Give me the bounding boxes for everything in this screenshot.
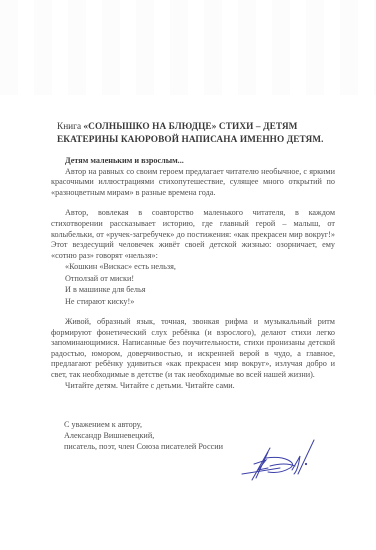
poem-line: И в машинке для белья xyxy=(65,284,335,295)
poem-quote: «Кошкин «Вискас» есть нельзя, Отползай о… xyxy=(51,261,335,307)
poem-line: Отползай от миски! xyxy=(65,273,335,284)
letter-page: Книга «СОЛНЫШКО НА БЛЮДЦЕ» СТИХИ – ДЕТЯМ… xyxy=(0,0,376,550)
paragraph-4: Читайте детям. Читайте с детьми. Читайте… xyxy=(51,381,335,392)
letter-body: Детям маленьким и взрослым... Автор на р… xyxy=(51,156,335,391)
paper-bleed-through xyxy=(0,0,376,95)
paragraph-1: Автор на равных со своим героем предлага… xyxy=(51,167,335,199)
poem-line: Не стирают киску!» xyxy=(65,296,335,307)
letter-title: Книга «СОЛНЫШКО НА БЛЮДЦЕ» СТИХИ – ДЕТЯМ… xyxy=(57,121,357,147)
poem-line: «Кошкин «Вискас» есть нельзя, xyxy=(65,261,335,272)
title-line-2: ЕКАТЕРИНЫ КАЮРОВОЙ НАПИСАНА ИМЕННО ДЕТЯМ… xyxy=(57,135,324,145)
handwritten-signature-icon xyxy=(240,430,340,510)
title-prefix: Книга xyxy=(57,122,83,132)
section-heading: Детям маленьким и взрослым... xyxy=(51,156,335,167)
title-line-1: «СОЛНЫШКО НА БЛЮДЦЕ» СТИХИ – ДЕТЯМ xyxy=(83,122,297,132)
paragraph-3: Живой, образный язык, точная, звонкая ри… xyxy=(51,317,335,381)
paragraph-2: Автор, вовлекая в соавторство маленького… xyxy=(51,208,335,261)
